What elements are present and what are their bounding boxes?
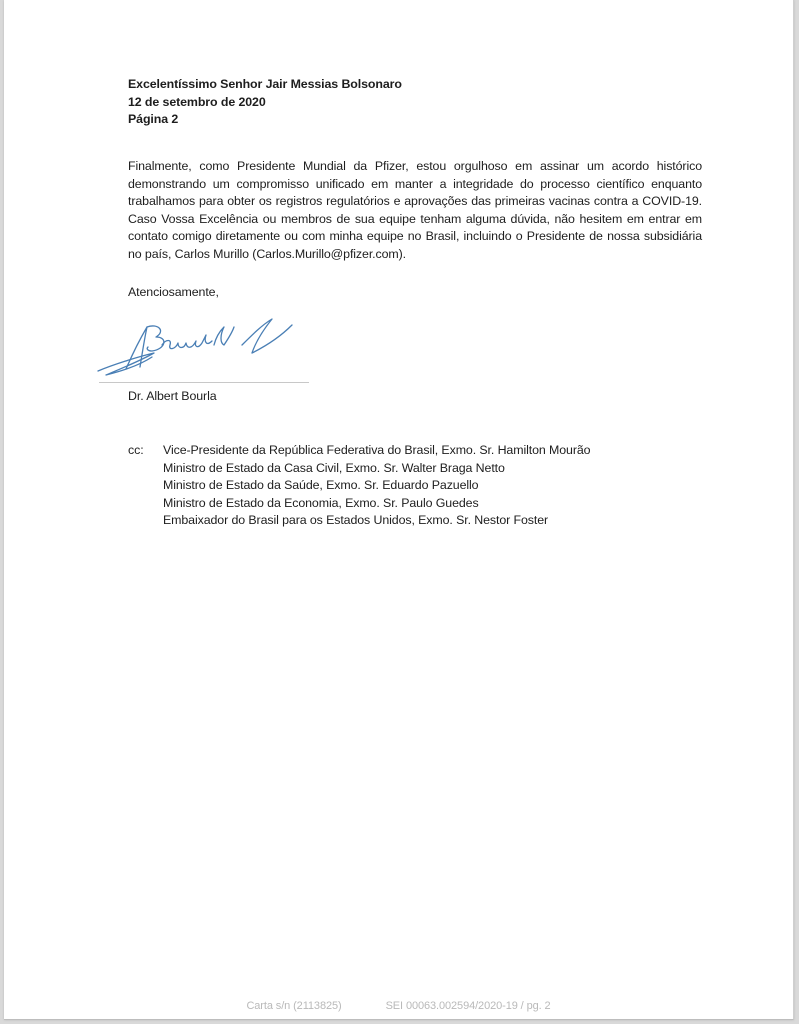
page-number: Página 2 — [128, 111, 402, 129]
cc-list: Vice-Presidente da República Federativa … — [163, 442, 590, 530]
page-footer: Carta s/n (2113825)SEI 00063.002594/2020… — [4, 1000, 793, 1012]
letter-date: 12 de setembro de 2020 — [128, 94, 402, 112]
cc-item: Ministro de Estado da Saúde, Exmo. Sr. E… — [163, 477, 590, 495]
document-page: Excelentíssimo Senhor Jair Messias Bolso… — [4, 0, 794, 1020]
cc-label: cc: — [128, 442, 158, 460]
letter-header: Excelentíssimo Senhor Jair Messias Bolso… — [128, 76, 402, 129]
cc-item: Ministro de Estado da Casa Civil, Exmo. … — [163, 460, 590, 478]
letter-reference: Carta s/n (2113825) — [246, 1000, 341, 1012]
cc-item: Ministro de Estado da Economia, Exmo. Sr… — [163, 495, 590, 513]
sei-reference: SEI 00063.002594/2020-19 / pg. 2 — [386, 1000, 551, 1012]
signature-line — [99, 382, 309, 383]
signer-name: Dr. Albert Bourla — [128, 389, 217, 403]
cc-item: Embaixador do Brasil para os Estados Uni… — [163, 512, 590, 530]
signature-icon — [92, 305, 302, 385]
addressee: Excelentíssimo Senhor Jair Messias Bolso… — [128, 76, 402, 94]
closing-salutation: Atenciosamente, — [128, 285, 219, 299]
letter-body: Finalmente, como Presidente Mundial da P… — [128, 158, 702, 264]
cc-item: Vice-Presidente da República Federativa … — [163, 442, 590, 460]
